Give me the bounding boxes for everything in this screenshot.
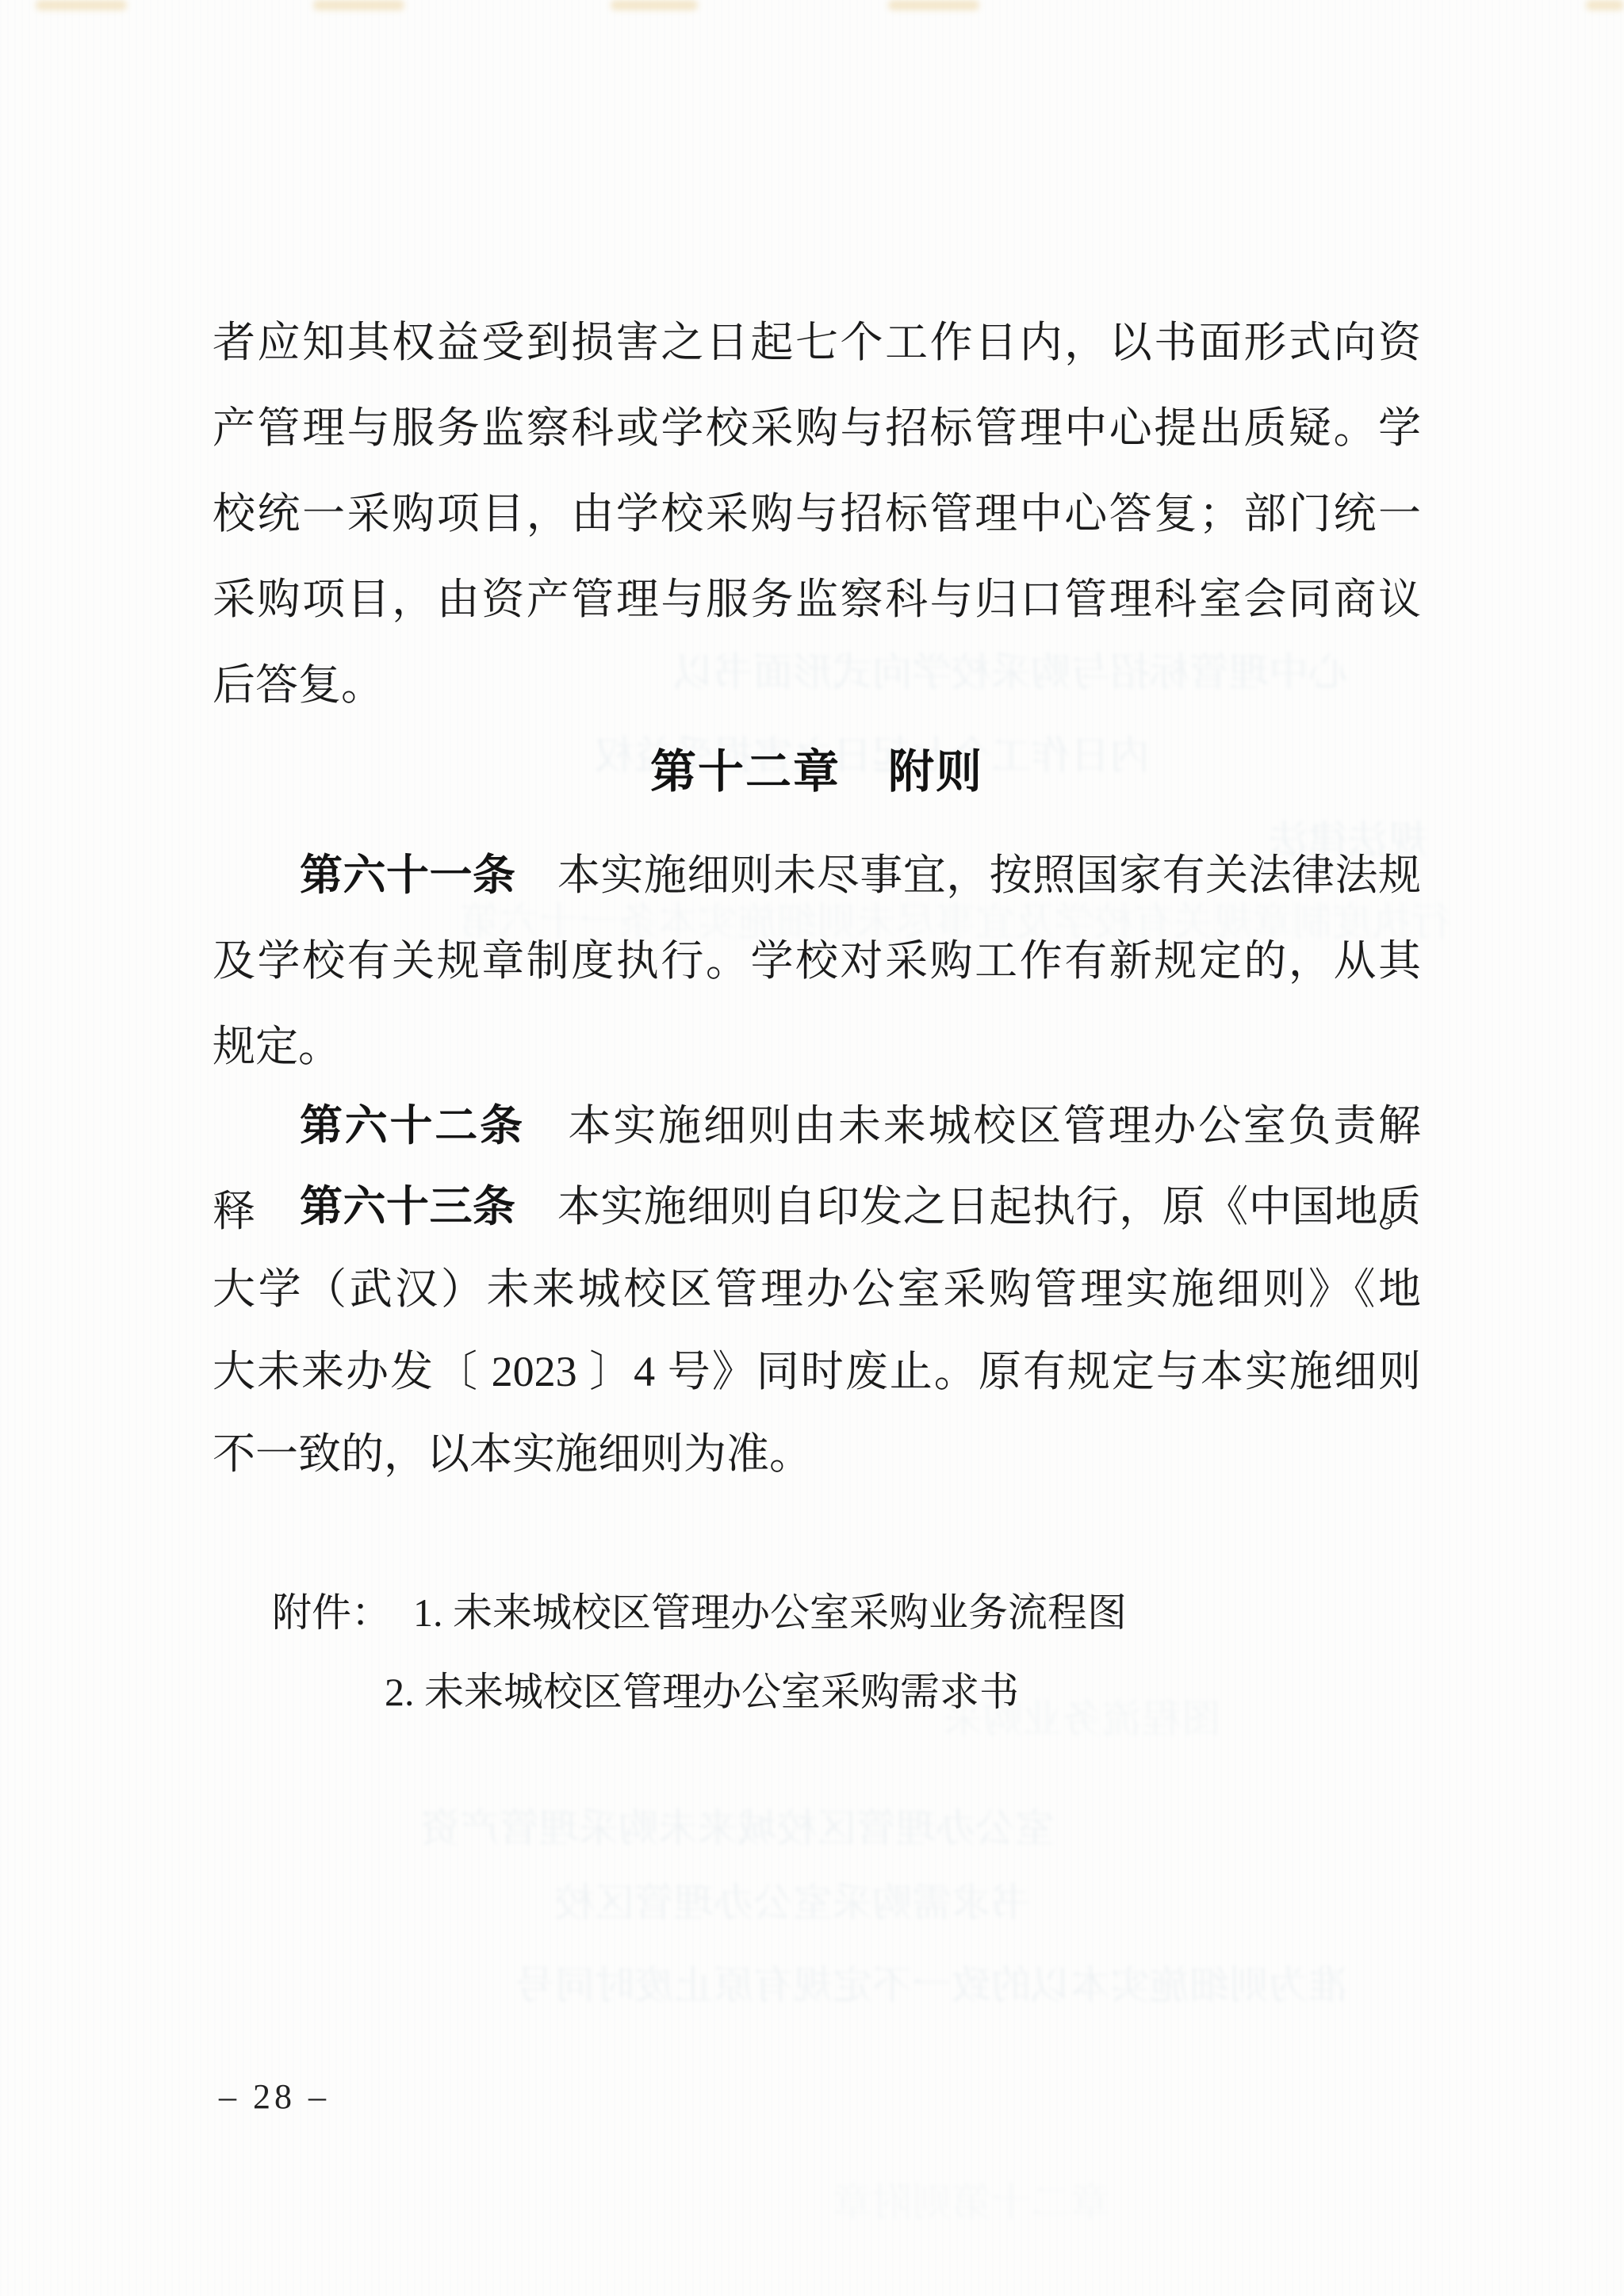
body-line: 产管理与服务监察科或学校采购与招标管理中心提出质疑。学: [213, 385, 1421, 471]
scan-edge-mark: [611, 0, 698, 10]
article-number: 第六十一条: [300, 851, 515, 899]
scan-edge-mark: [888, 0, 979, 10]
article-text: 本实施细则未尽事宜，按照国家有关法律法规: [557, 851, 1421, 899]
bleed-through-line: 章二十第则附章: [666, 2180, 1110, 2226]
attachment-item: 2. 未来城校区管理办公室采购需求书: [213, 1652, 1421, 1732]
scan-edge-mark: [313, 0, 404, 10]
attachments: 附件：1. 未来城校区管理办公室采购业务流程图 2. 未来城校区管理办公室采购需…: [213, 1573, 1421, 1732]
bleed-through-line: 书求需购采室公办理管区校: [428, 1881, 1031, 1927]
scan-edge-mark: [36, 0, 127, 10]
body-line: 校统一采购项目，由学校采购与招标管理中心答复；部门统一: [213, 471, 1421, 557]
scan-edge-mark: [1586, 0, 1624, 10]
body-line: 者应知其权益受到损害之日起七个工作日内，以书面形式向资: [213, 300, 1421, 385]
article-line: 大学（武汉）未来城校区管理办公室采购管理实施细则》《地: [213, 1248, 1421, 1330]
attachment-item: 附件：1. 未来城校区管理办公室采购业务流程图: [213, 1573, 1421, 1652]
article-63: 第六十三条本实施细则自印发之日起执行，原《中国地质 大学（武汉）未来城校区管理办…: [213, 1165, 1421, 1495]
bleed-through-line: 准为则细施实本以的致一不定规有原止废时同号: [182, 1963, 1348, 2009]
chapter-heading: 第十二章 附则: [213, 742, 1421, 802]
body-line: 采购项目，由资产管理与服务监察科与归口管理科室会同商议: [213, 557, 1421, 642]
page-number: – 28 –: [219, 2077, 330, 2117]
article-number: 第六十三条: [300, 1183, 515, 1230]
paragraph-continuation: 者应知其权益受到损害之日起七个工作日内，以书面形式向资 产管理与服务监察科或学校…: [213, 300, 1421, 728]
document-page: 心中理管标招与购采校学向式形面书以 内日作工个七起日之害损受益权 规法律法 行执…: [0, 0, 1624, 2296]
article-line: 第六十一条本实施细则未尽事宜，按照国家有关法律法规: [213, 832, 1421, 918]
article-line: 大未来办发〔 2023 〕4 号》同时废止。原有规定与本实施细则: [213, 1330, 1421, 1413]
article-line: 规定。: [213, 1004, 1421, 1089]
article-61: 第六十一条本实施细则未尽事宜，按照国家有关法律法规 及学校有关规章制度执行。学校…: [213, 832, 1421, 1089]
article-line: 不一致的，以本实施细则为准。: [213, 1413, 1421, 1495]
attachments-label: 附件：: [272, 1590, 391, 1635]
article-text: 本实施细则自印发之日起执行，原《中国地质: [557, 1183, 1421, 1230]
body-line: 后答复。: [213, 642, 1421, 728]
article-line: 及学校有关规章制度执行。学校对采购工作有新规定的，从其: [213, 918, 1421, 1004]
article-number: 第六十二条: [300, 1102, 525, 1150]
article-line: 第六十三条本实施细则自印发之日起执行，原《中国地质: [213, 1165, 1421, 1248]
attachment-item-text: 1. 未来城校区管理办公室采购业务流程图: [413, 1590, 1127, 1635]
bleed-through-line: 室公办理管区校城来未购采理管产资: [341, 1806, 1055, 1852]
